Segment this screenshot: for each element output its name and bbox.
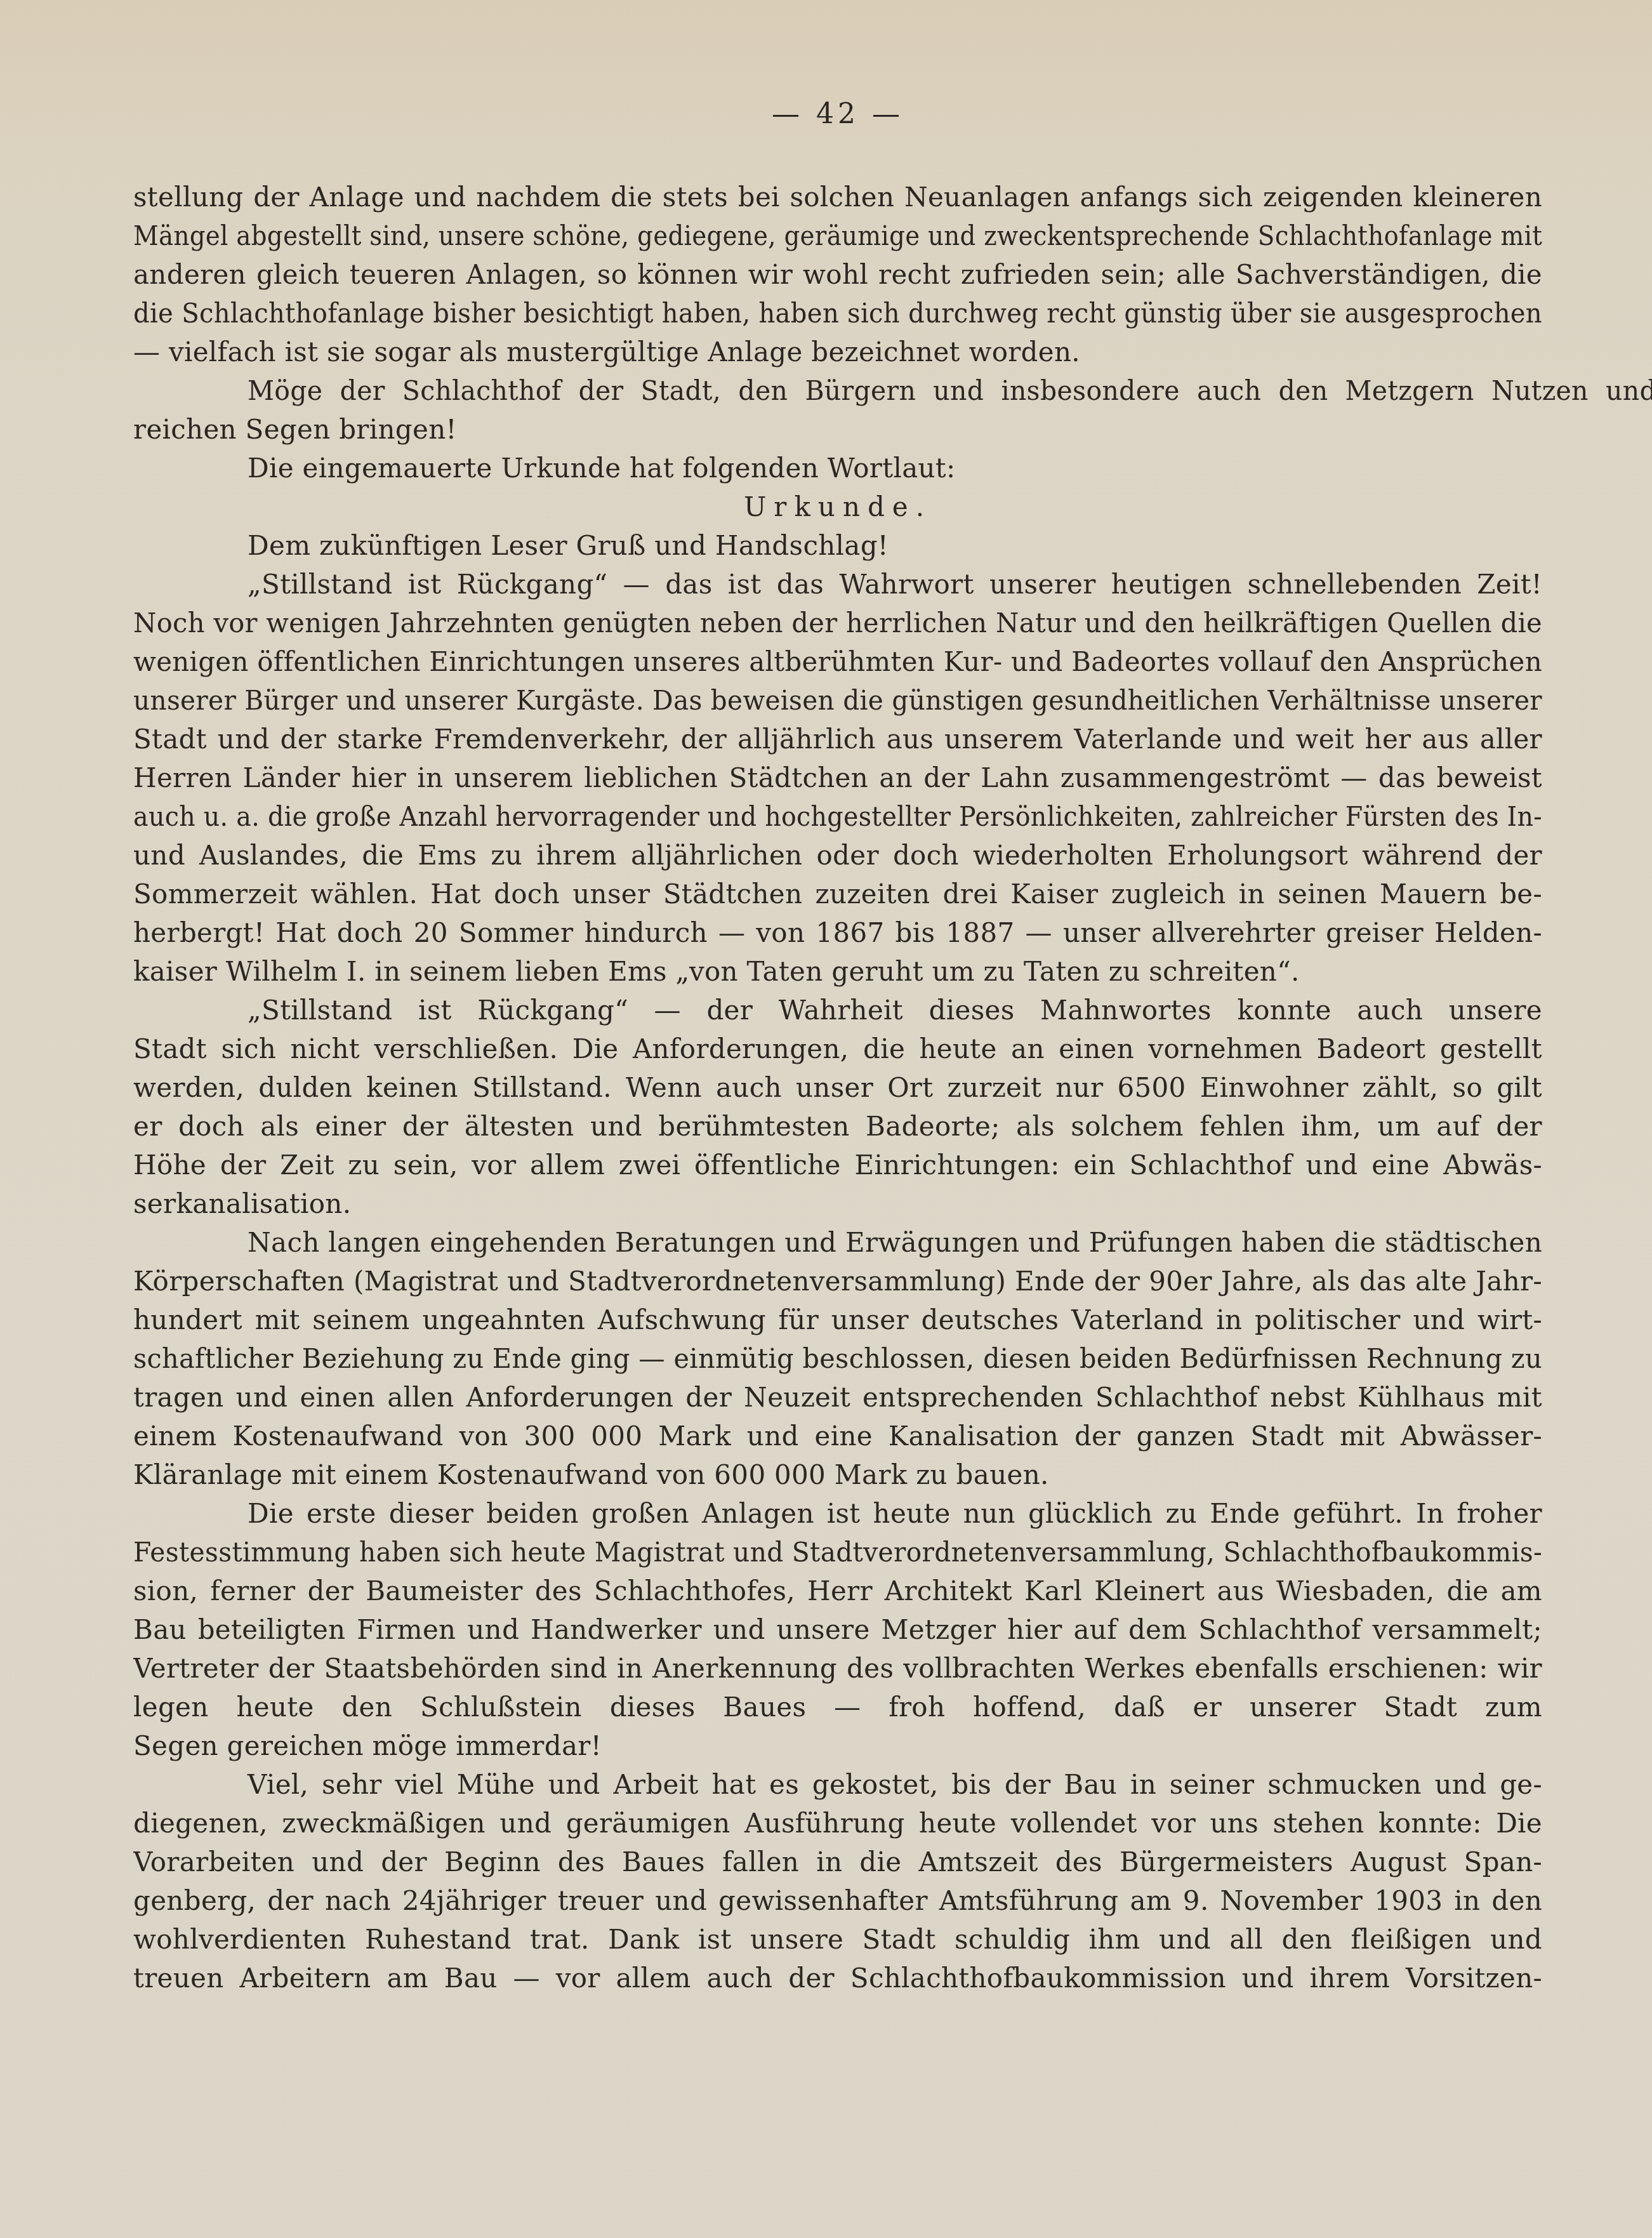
text-line: — vielfach ist sie sogar als mustergülti… [133,333,1542,371]
text-line: Segen gereichen möge immerdar! [133,1726,1542,1765]
text-line: Dem zukünftigen Leser Gruß und Handschla… [133,526,1542,565]
text-line: legen heute den Schlußstein dieses Baues… [133,1688,1542,1726]
text-line: serkanalisation. [133,1184,1542,1223]
section-heading-urkunde: Urkunde. [133,487,1542,526]
text-line: sion, ferner der Baumeister des Schlacht… [133,1572,1542,1610]
text-line: Höhe der Zeit zu sein, vor allem zwei öf… [133,1146,1542,1184]
text-line: „Stillstand ist Rückgang“ — der Wahrheit… [133,991,1542,1030]
text-line: wenigen öffentlichen Einrichtungen unser… [133,642,1542,681]
text-line: treuen Arbeitern am Bau — vor allem auch… [133,1959,1542,1997]
text-line: herbergt! Hat doch 20 Sommer hindurch — … [133,913,1542,952]
text-line: reichen Segen bringen! [133,410,1542,449]
body-text: stellung der Anlage und nachdem die stet… [133,178,1542,1997]
text-line: hundert mit seinem ungeahnten Aufschwung… [133,1301,1542,1339]
text-line: anderen gleich teueren Anlagen, so könne… [133,255,1542,294]
text-line: unserer Bürger und unserer Kurgäste. Das… [133,681,1542,720]
text-line: Vertreter der Staatsbehörden sind in Ane… [133,1649,1542,1688]
text-line: „Stillstand ist Rückgang“ — das ist das … [133,565,1542,604]
text-line: tragen und einen allen Anforderungen der… [133,1378,1542,1417]
text-line: auch u. a. die große Anzahl hervorragend… [133,797,1542,836]
text-line: wohlverdienten Ruhestand trat. Dank ist … [133,1920,1542,1959]
text-line: Nach langen eingehenden Beratungen und E… [133,1223,1542,1262]
text-line: Stadt und der starke Fremdenverkehr, der… [133,720,1542,758]
text-line: Stadt sich nicht verschließen. Die Anfor… [133,1030,1542,1068]
text-line: Kläranlage mit einem Kostenaufwand von 6… [133,1455,1542,1494]
text-line: schaftlicher Beziehung zu Ende ging — ei… [133,1339,1542,1378]
text-line: werden, dulden keinen Stillstand. Wenn a… [133,1068,1542,1107]
text-line: und Auslandes, die Ems zu ihrem alljährl… [133,836,1542,875]
text-line: einem Kostenaufwand von 300 000 Mark und… [133,1417,1542,1455]
text-line: Viel, sehr viel Mühe und Arbeit hat es g… [133,1765,1542,1804]
page-number: — 42 — [133,95,1542,133]
document-page: — 42 — stellung der Anlage und nachdem d… [133,95,1542,1997]
text-line: kaiser Wilhelm I. in seinem lieben Ems „… [133,952,1542,991]
text-line: genberg, der nach 24jähriger treuer und … [133,1881,1542,1920]
text-line: Die eingemauerte Urkunde hat folgenden W… [133,449,1542,487]
text-line: Mängel abgestellt sind, unsere schöne, g… [133,216,1542,255]
text-line: er doch als einer der ältesten und berüh… [133,1107,1542,1146]
text-line: stellung der Anlage und nachdem die stet… [133,178,1542,216]
text-line: diegenen, zweckmäßigen und geräumigen Au… [133,1804,1542,1843]
text-line: die Schlachthofanlage bisher besichtigt … [133,294,1542,333]
text-line: Festesstimmung haben sich heute Magistra… [133,1533,1542,1572]
text-line: Noch vor wenigen Jahrzehnten genügten ne… [133,604,1542,642]
text-line: Bau beteiligten Firmen und Handwerker un… [133,1610,1542,1649]
text-line: Sommerzeit wählen. Hat doch unser Städtc… [133,875,1542,913]
text-line: Vorarbeiten und der Beginn des Baues fal… [133,1843,1542,1881]
text-line: Körperschaften (Magistrat und Stadtveror… [133,1262,1542,1301]
text-line: Möge der Schlachthof der Stadt, den Bürg… [133,371,1652,410]
text-line: Die erste dieser beiden großen Anlagen i… [133,1494,1542,1533]
text-line: Herren Länder hier in unserem lieblichen… [133,758,1542,797]
